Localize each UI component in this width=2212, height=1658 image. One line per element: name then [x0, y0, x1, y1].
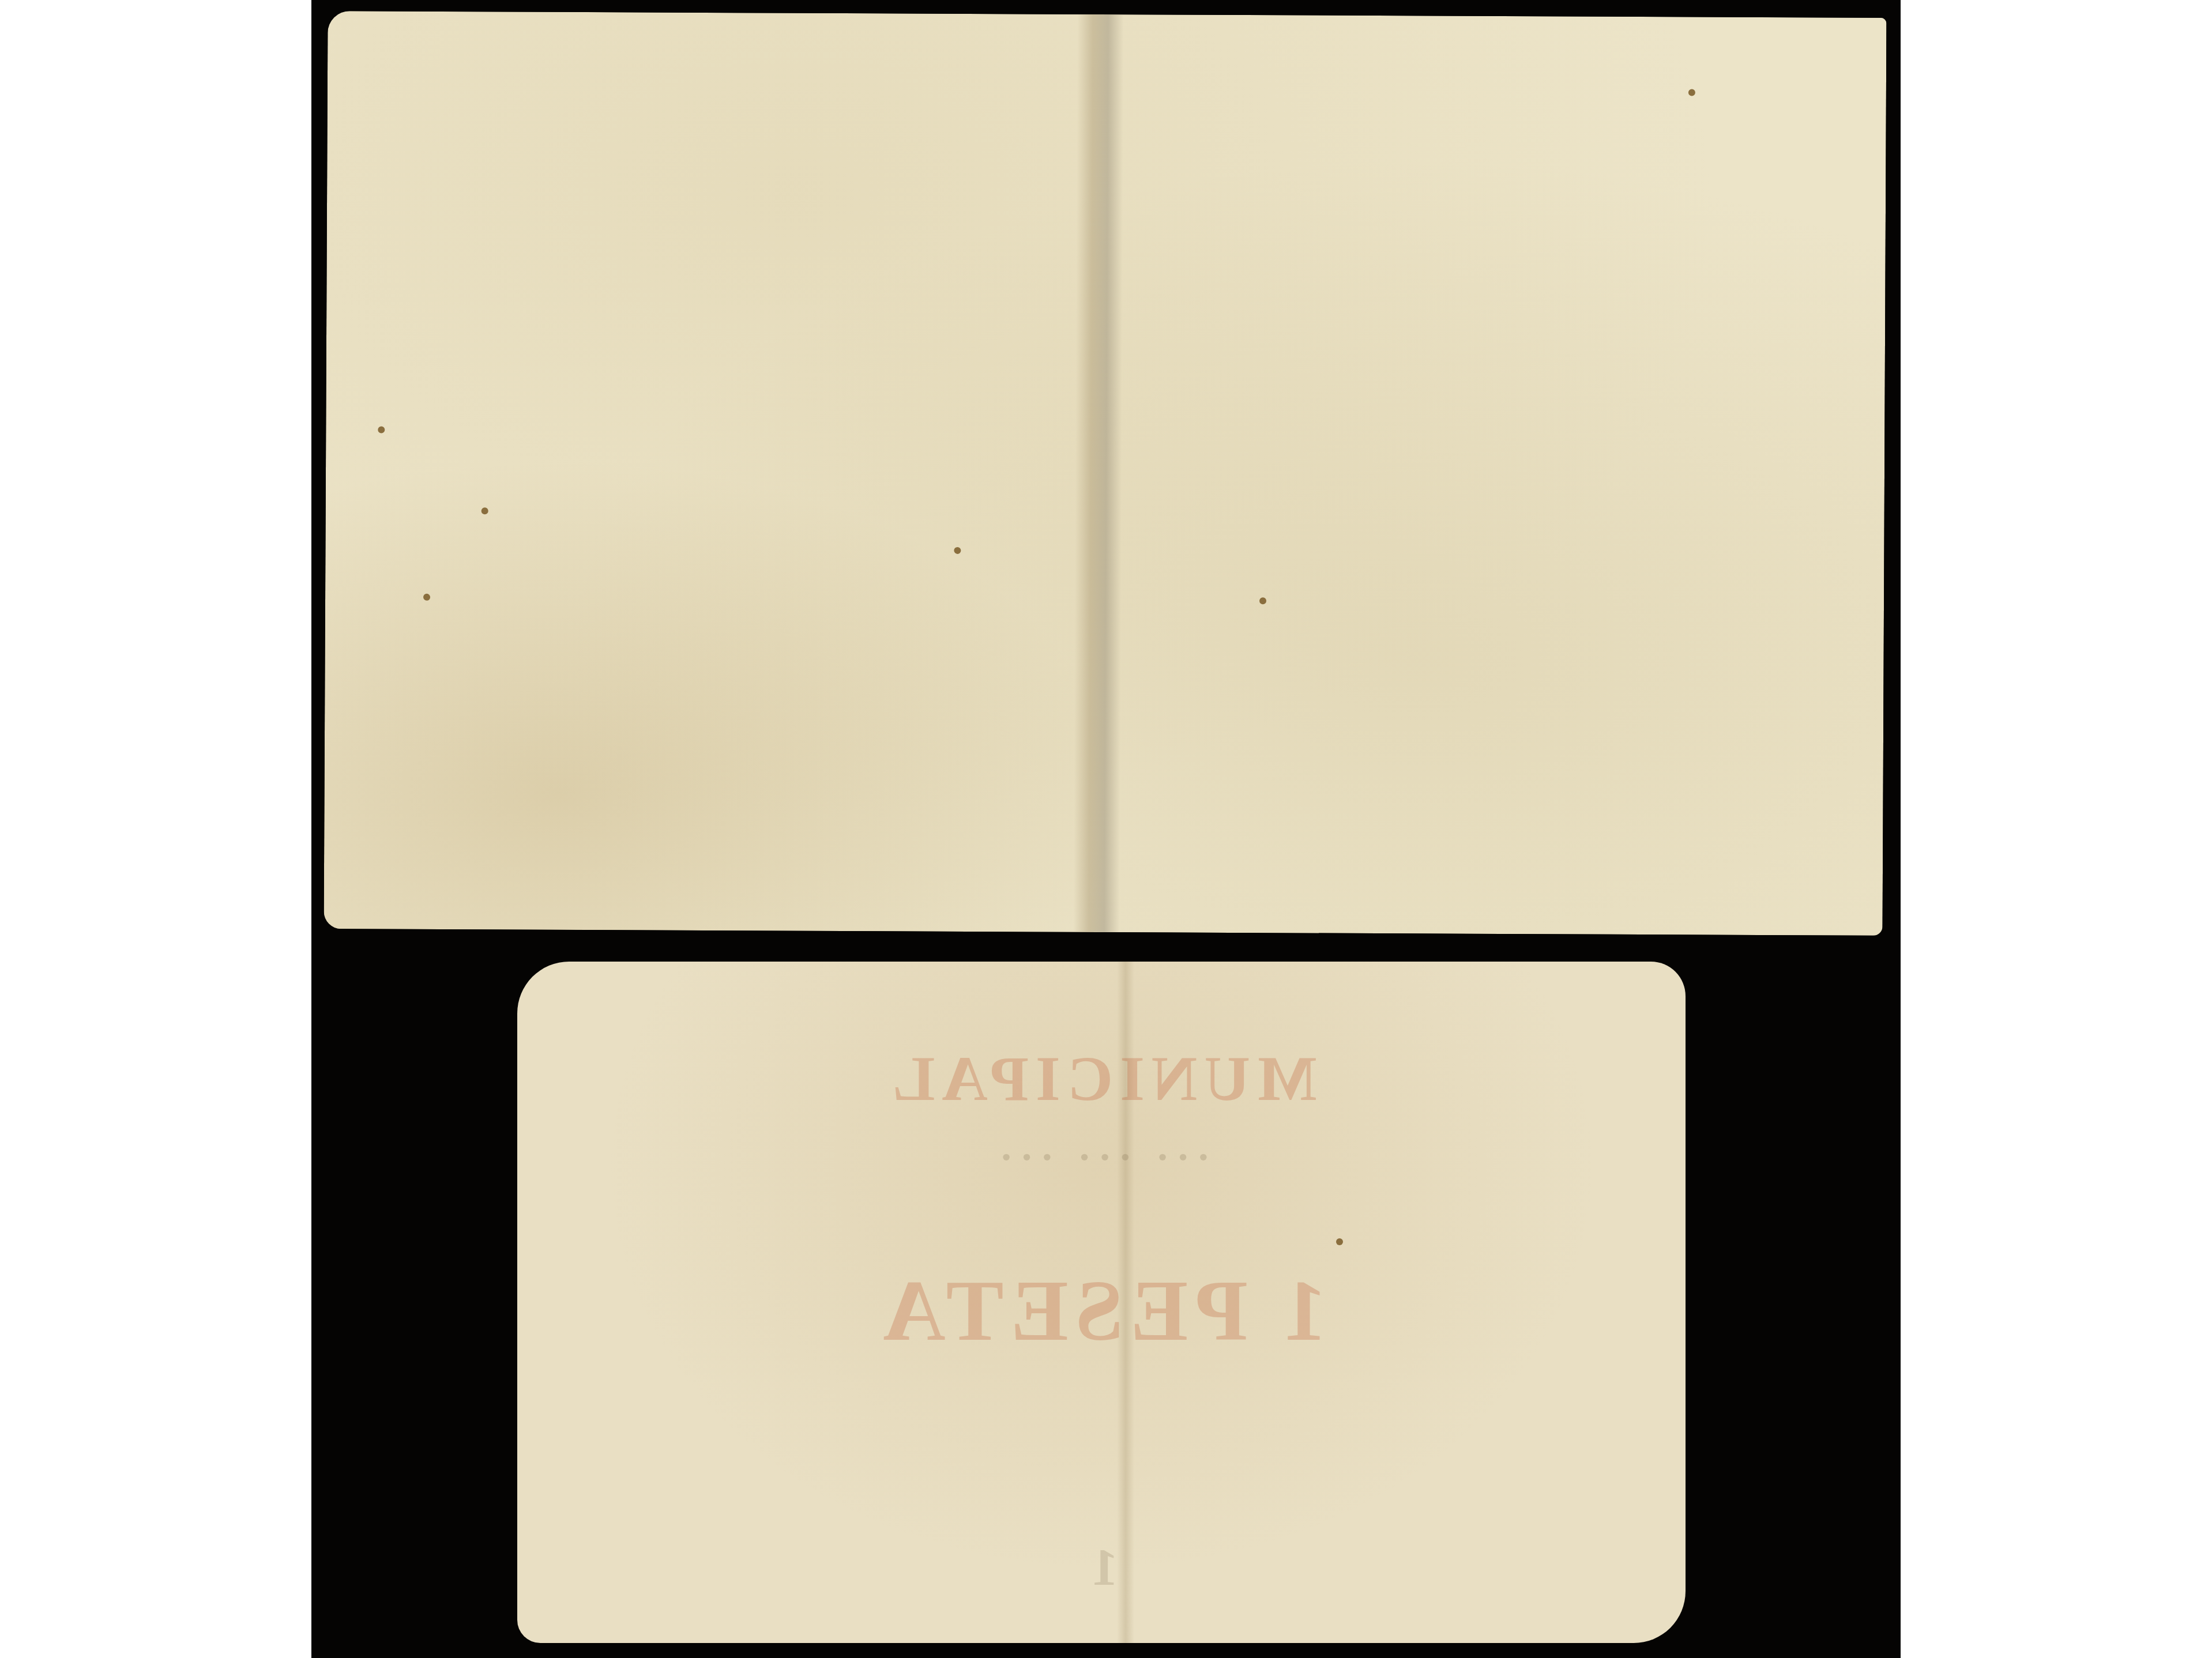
showthrough-text: 1 — [517, 1538, 1686, 1597]
stain-spot — [1259, 597, 1266, 604]
note-top-reverse — [324, 11, 1887, 936]
stain-spot — [378, 426, 385, 433]
stain-spot — [481, 507, 488, 514]
note-bottom-reverse: MUNICIPAL ··· ··· ··· 1 PESETA 1 — [517, 962, 1686, 1643]
fold-line — [1074, 14, 1124, 932]
stain-spot — [954, 547, 961, 554]
showthrough-text: ··· ··· ··· — [517, 1135, 1686, 1181]
stain-spot — [423, 594, 430, 601]
stain-spot — [1688, 89, 1695, 96]
showthrough-text: 1 PESETA — [517, 1261, 1686, 1361]
stain-spot — [1336, 1238, 1343, 1245]
showthrough-text: MUNICIPAL — [517, 1042, 1686, 1116]
